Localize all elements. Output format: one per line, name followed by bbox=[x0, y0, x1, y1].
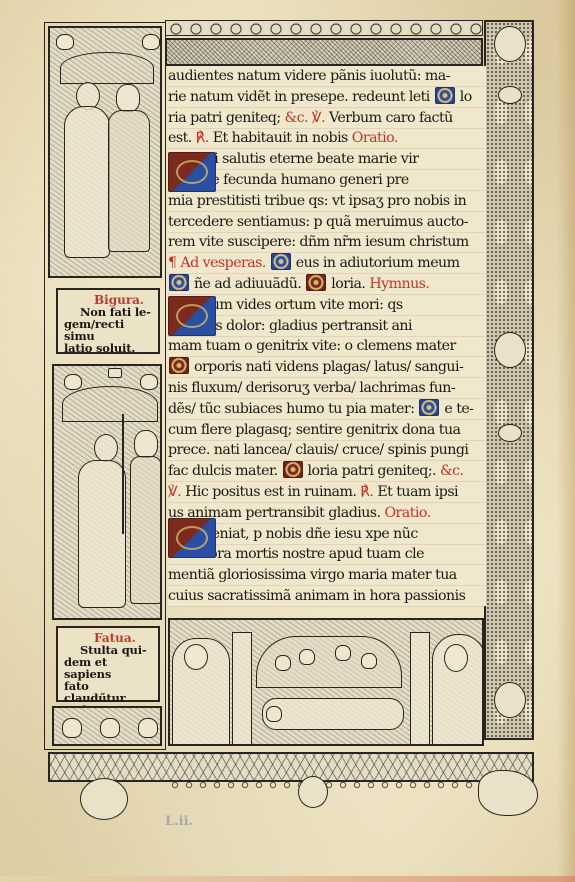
right-pinnacle bbox=[410, 632, 430, 746]
skull-icon bbox=[56, 34, 74, 50]
pendant-drops-ornament bbox=[170, 780, 520, 790]
rubric-text: ¶ Ad vesperas. bbox=[168, 255, 270, 271]
text-segment: loria patri geniteq;. bbox=[304, 463, 440, 479]
text-line: est. ℟. Et habitauit in nobis Oratio. bbox=[168, 128, 486, 149]
initial-I-illuminated bbox=[168, 518, 216, 558]
arch-ornament bbox=[60, 52, 154, 84]
text-segment: cum flere plagasq; sentire genitrix dona… bbox=[168, 422, 460, 438]
caption-body-line: gem/recti simu bbox=[64, 318, 152, 342]
left-pinnacle bbox=[232, 632, 252, 746]
death-skull bbox=[116, 84, 140, 112]
dragon-head-icon bbox=[478, 770, 538, 816]
text-segment: rem vite suscipere: dñm nr̃m iesum chris… bbox=[168, 234, 469, 250]
corpse-skull bbox=[266, 706, 282, 722]
text-segment: prece. nati lancea/ clauis/ cruce/ spini… bbox=[168, 442, 468, 458]
caption-bigura: Bigura. Non fati le- gem/recti simu lati… bbox=[56, 288, 160, 354]
bottom-frieze bbox=[48, 752, 534, 782]
text-segment: dẽs/ tũc subiaces humo tu pia mater: bbox=[168, 401, 418, 417]
lion-head-icon bbox=[298, 776, 328, 808]
woodcut-fool-and-death bbox=[52, 364, 162, 620]
text-segment: mia prestitisti tribue qs: vt ipsaʒ pro … bbox=[168, 193, 466, 209]
rubric-text: Oratio. bbox=[352, 130, 398, 146]
painted-initial-icon bbox=[271, 253, 291, 270]
right-mourner-head bbox=[444, 644, 468, 672]
skull-icon bbox=[299, 649, 315, 665]
death-body bbox=[108, 110, 150, 252]
page-edge-shadow bbox=[557, 0, 575, 882]
text-line: prece. nati lancea/ clauis/ cruce/ spini… bbox=[168, 440, 486, 461]
crown-ornament bbox=[108, 368, 122, 378]
text-segment: mentiã gloriosissima virgo maria mater t… bbox=[168, 567, 457, 583]
skull-icon bbox=[142, 34, 160, 50]
text-line: mia prestitisti tribue qs: vt ipsaʒ pro … bbox=[168, 191, 486, 212]
grotesque-mask-icon bbox=[494, 26, 526, 62]
corpse-on-bier bbox=[262, 698, 404, 730]
text-line: audientes natum videre pãnis iuolutũ: ma… bbox=[168, 66, 486, 87]
text-segment: ñe ad adiuuãdũ. bbox=[190, 276, 305, 292]
fool-body bbox=[78, 460, 126, 608]
text-segment: lo bbox=[456, 89, 472, 105]
text-line: fac dulcis mater. loria patri geniteq;. … bbox=[168, 461, 486, 482]
skull-icon bbox=[62, 718, 82, 738]
text-segment: fac dulcis mater. bbox=[168, 463, 282, 479]
text-line: orporis nati videns plagas/ latus/ sangu… bbox=[168, 357, 486, 378]
caption-body-line: latio soluit. bbox=[64, 342, 152, 354]
text-segment: Et tuam ipsi bbox=[373, 484, 458, 500]
text-line: mentiã gloriosissima virgo maria mater t… bbox=[168, 565, 486, 586]
text-segment: mam tuam o genitrix vite: o clemens mate… bbox=[168, 338, 456, 354]
caption-fatua: Fatua. Stulta qui- dem et sapiens fato c… bbox=[56, 626, 160, 702]
left-mourner-head bbox=[184, 644, 208, 670]
woodcut-nun-and-death bbox=[48, 26, 162, 278]
text-line: rem vite suscipere: dñm nr̃m iesum chris… bbox=[168, 232, 486, 253]
skull-arcade bbox=[256, 636, 402, 688]
text-segment: nis fluxum/ derisoruʒ verba/ lachrimas f… bbox=[168, 380, 455, 396]
caption-body-line: fato claudűtur bbox=[64, 680, 152, 704]
text-segment: rie natum vidẽt in presepe. redeunt leti bbox=[168, 89, 434, 105]
text-segment: audientes natum videre pãnis iuolutũ: ma… bbox=[168, 68, 450, 84]
initial-M-illuminated bbox=[168, 296, 216, 336]
top-border bbox=[165, 20, 483, 66]
painted-initial-icon bbox=[306, 274, 326, 291]
grotesque-mask-icon bbox=[80, 778, 128, 820]
text-line: ¶ Ad vesperas. eus in adiutorium meum bbox=[168, 253, 486, 274]
text-segment: eus in adiutorium meum bbox=[292, 255, 460, 271]
death-body bbox=[130, 456, 162, 604]
rubric-text: ℟. bbox=[360, 484, 373, 500]
text-line: tercedere sentiamus: p quã meruimus auct… bbox=[168, 212, 486, 233]
rubric-text: &c. bbox=[440, 463, 463, 479]
skull-icon bbox=[100, 718, 120, 738]
painted-initial-icon bbox=[435, 87, 455, 104]
painted-initial-icon bbox=[169, 274, 189, 291]
bauble-staff bbox=[122, 414, 124, 534]
rubric-text: ℣. bbox=[168, 484, 181, 500]
painted-initial-icon bbox=[169, 357, 189, 374]
rubric-text: Oratio. bbox=[384, 505, 430, 521]
fool-head bbox=[94, 434, 118, 462]
text-line: ria patri geniteq; &c. ℣. Verbum caro fa… bbox=[168, 108, 486, 129]
text-segment: e te- bbox=[440, 401, 473, 417]
skull-icon bbox=[335, 645, 351, 661]
rubric-text: ℟. bbox=[196, 130, 209, 146]
text-line: nis fluxum/ derisoruʒ verba/ lachrimas f… bbox=[168, 378, 486, 399]
signature-mark: L.ii. bbox=[165, 814, 193, 829]
grotesque-mask-icon bbox=[494, 332, 526, 368]
text-line: dẽs/ tũc subiaces humo tu pia mater: e t… bbox=[168, 399, 486, 420]
flower-rosette-icon bbox=[498, 424, 522, 442]
woodcut-bier-scene bbox=[168, 618, 484, 746]
manuscript-page: Bigura. Non fati le- gem/recti simu lati… bbox=[0, 0, 575, 882]
nun-body bbox=[64, 106, 110, 258]
rubric-text: Hymnus. bbox=[369, 276, 429, 292]
skull-bone-frieze bbox=[52, 706, 162, 746]
text-line: cum flere plagasq; sentire genitrix dona… bbox=[168, 420, 486, 441]
text-segment: Hic positus est in ruinam. bbox=[181, 484, 360, 500]
text-segment: Verbum caro factũ bbox=[325, 110, 453, 126]
text-line: mam tuam o genitrix vite: o clemens mate… bbox=[168, 336, 486, 357]
text-line: cuius sacratissimã animam in hora passio… bbox=[168, 586, 486, 607]
right-vine-border bbox=[484, 20, 534, 740]
rubric-text: &c. ℣. bbox=[285, 110, 326, 126]
page-bottom-edge bbox=[0, 876, 575, 882]
flower-rosette-icon bbox=[498, 86, 522, 104]
caption-body-line: dem et sapiens bbox=[64, 656, 152, 680]
grotesque-mask-icon bbox=[494, 682, 526, 718]
text-line: ñe ad adiuuãdũ. loria. Hymnus. bbox=[168, 274, 486, 295]
skull-icon bbox=[138, 718, 158, 738]
text-segment: orporis nati videns plagas/ latus/ sangu… bbox=[190, 359, 463, 375]
painted-initial-icon bbox=[283, 461, 303, 478]
text-segment: Et habitauit in nobis bbox=[209, 130, 352, 146]
scallop-frieze bbox=[165, 20, 483, 36]
text-segment: ria patri geniteq; bbox=[168, 110, 285, 126]
painted-initial-icon bbox=[419, 399, 439, 416]
text-segment: loria. bbox=[327, 276, 369, 292]
text-segment: cuius sacratissimã animam in hora passio… bbox=[168, 588, 465, 604]
skull-icon bbox=[361, 653, 377, 669]
skull-icon bbox=[140, 374, 158, 390]
skull-icon bbox=[275, 655, 291, 671]
text-line: ℣. Hic positus est in ruinam. ℟. Et tuam… bbox=[168, 482, 486, 503]
skull-icon bbox=[64, 374, 82, 390]
arcade-frieze bbox=[165, 38, 483, 66]
arch-ornament bbox=[62, 386, 158, 422]
text-segment: tercedere sentiamus: p quã meruimus auct… bbox=[168, 214, 468, 230]
initial-D-illuminated bbox=[168, 152, 216, 192]
death-skull bbox=[134, 430, 158, 458]
text-line: rie natum vidẽt in presepe. redeunt leti… bbox=[168, 87, 486, 108]
text-segment: est. bbox=[168, 130, 196, 146]
